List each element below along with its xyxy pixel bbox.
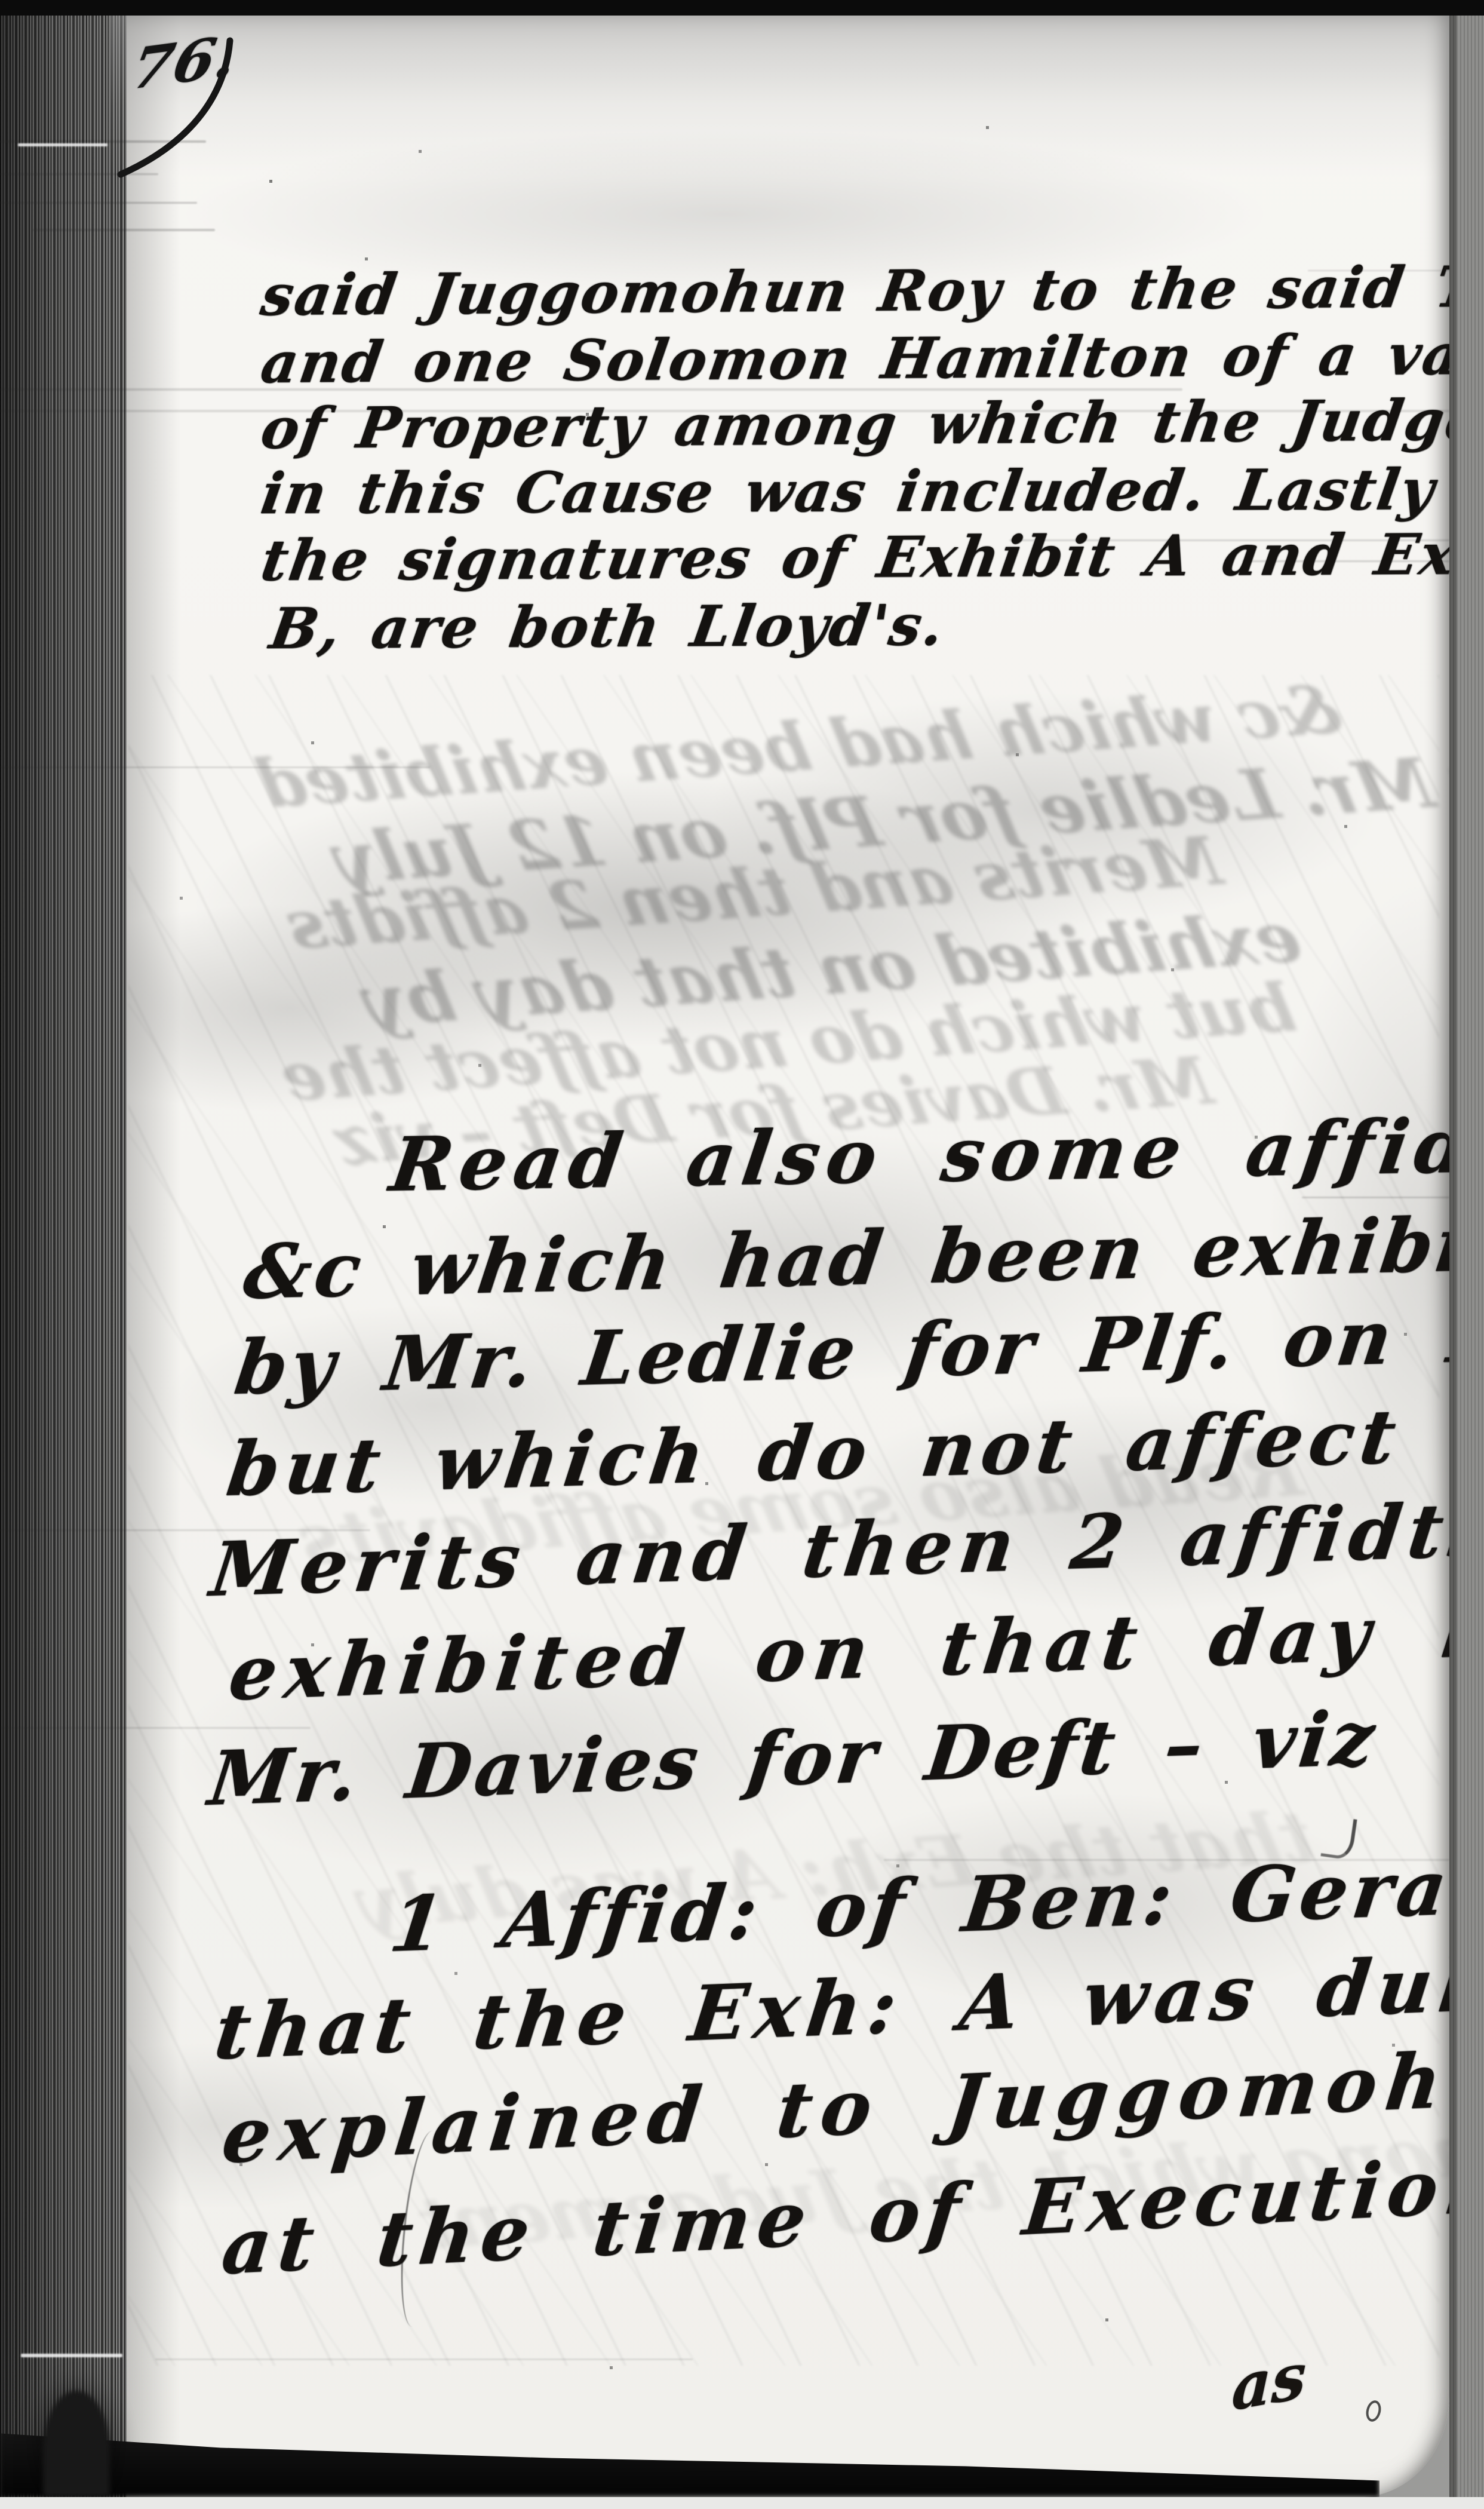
manuscript-line: in this Cause was included. Lastly that <box>257 456 1484 527</box>
scan-streak <box>33 229 215 231</box>
scan-streak <box>155 2358 693 2360</box>
folio-flourish <box>113 36 239 185</box>
scanner-bed-strip <box>1449 16 1484 2497</box>
scan-top-edge <box>0 0 1484 16</box>
catchword: as <box>1231 2338 1307 2426</box>
scan-streak <box>0 1727 311 1729</box>
scanner-bed-bottom <box>0 2497 1484 2509</box>
manuscript-line: and one Solomon Hamilton of a variety <box>257 321 1484 396</box>
top-scan-haze <box>110 16 1449 177</box>
scan-streak <box>1302 1197 1449 1198</box>
scan-streak <box>0 766 430 768</box>
manuscript-line: the signatures of Exhibit A and Exhibit. <box>257 521 1484 594</box>
manuscript-scan: &c which had been exhibited by Mr. Ledli… <box>0 0 1484 2509</box>
scan-streak <box>18 143 107 146</box>
scan-streak <box>0 202 197 204</box>
scan-streak <box>21 2354 122 2357</box>
manuscript-line: of Property among which the Judgement <box>257 387 1484 462</box>
manuscript-line: said Juggomohun Roy to the said Thomas L… <box>257 251 1484 329</box>
manuscript-line: B, are both Lloyd's. <box>266 593 950 662</box>
